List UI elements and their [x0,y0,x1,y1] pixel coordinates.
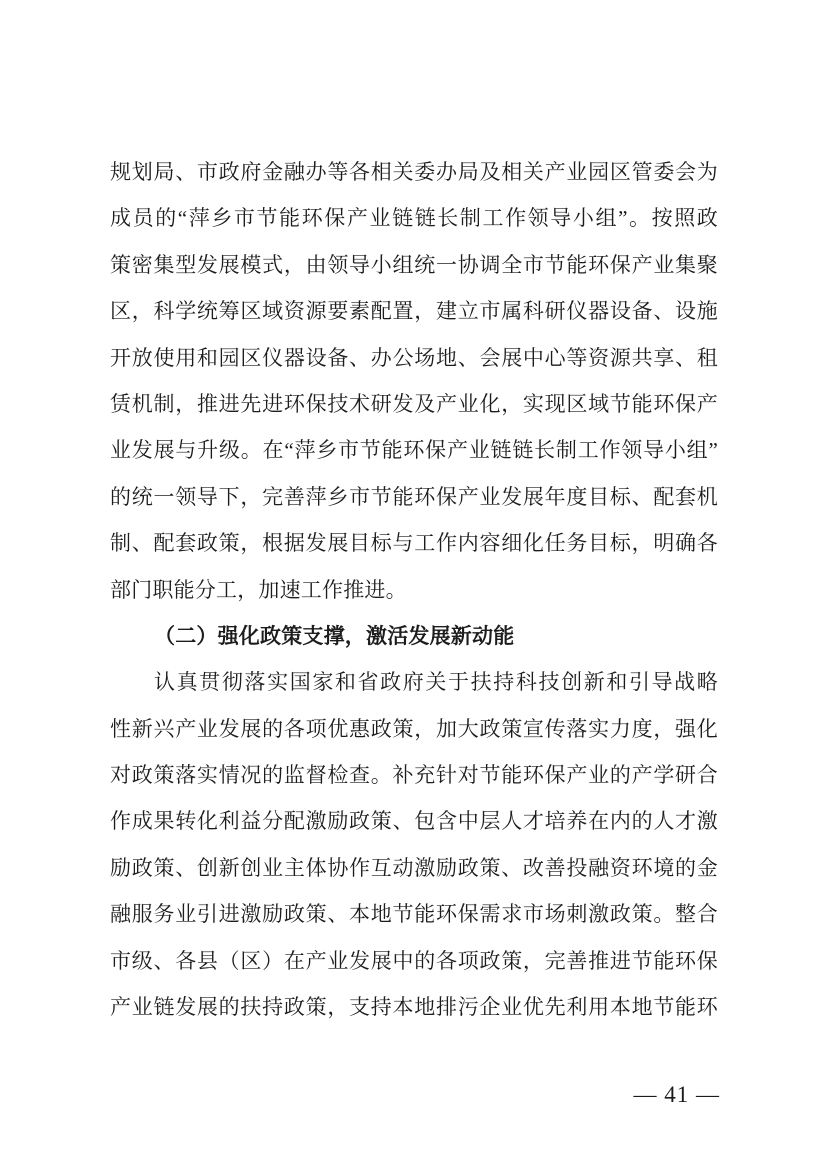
body-line: 策密集型发展模式，由领导小组统一协调全市节能环保产业集聚 [110,242,718,288]
body-line: 产业链发展的扶持政策，支持本地排污企业优先利用本地节能环 [110,984,718,1030]
body-line: 融服务业引进激励政策、本地节能环保需求市场刺激政策。整合 [110,891,718,937]
body-line: 开放使用和园区仪器设备、办公场地、会展中心等资源共享、租 [110,335,718,381]
body-line: 区，科学统筹区域资源要素配置，建立市属科研仪器设备、设施 [110,288,718,334]
body-line: 励政策、创新创业主体协作互动激励政策、改善投融资环境的金 [110,845,718,891]
body-line: 作成果转化利益分配激励政策、包含中层人才培养在内的人才激 [110,798,718,844]
section-heading: （二）强化政策支撑，激活发展新动能 [110,613,718,659]
body-line: 的统一领导下，完善萍乡市节能环保产业发展年度目标、配套机 [110,474,718,520]
body-text-block: 规划局、市政府金融办等各相关委办局及相关产业园区管委会为 成员的“萍乡市节能环保… [110,149,718,1030]
document-page: 规划局、市政府金融办等各相关委办局及相关产业园区管委会为 成员的“萍乡市节能环保… [0,0,826,1169]
body-line: 规划局、市政府金融办等各相关委办局及相关产业园区管委会为 [110,149,718,195]
body-line: 市级、各县（区）在产业发展中的各项政策，完善推进节能环保 [110,938,718,984]
body-line: 性新兴产业发展的各项优惠政策，加大政策宣传落实力度，强化 [110,706,718,752]
paragraph-first-line: 认真贯彻落实国家和省政府关于扶持科技创新和引导战略 [110,659,718,705]
page-number: — 41 — [634,1082,721,1108]
body-line: 对政策落实情况的监督检查。补充针对节能环保产业的产学研合 [110,752,718,798]
paragraph-last-line: 部门职能分工，加速工作推进。 [110,567,718,613]
body-line: 赁机制，推进先进环保技术研发及产业化，实现区域节能环保产 [110,381,718,427]
body-line: 成员的“萍乡市节能环保产业链链长制工作领导小组”。按照政 [110,195,718,241]
body-line: 制、配套政策，根据发展目标与工作内容细化任务目标，明确各 [110,520,718,566]
body-line: 业发展与升级。在“萍乡市节能环保产业链链长制工作领导小组” [110,427,718,473]
